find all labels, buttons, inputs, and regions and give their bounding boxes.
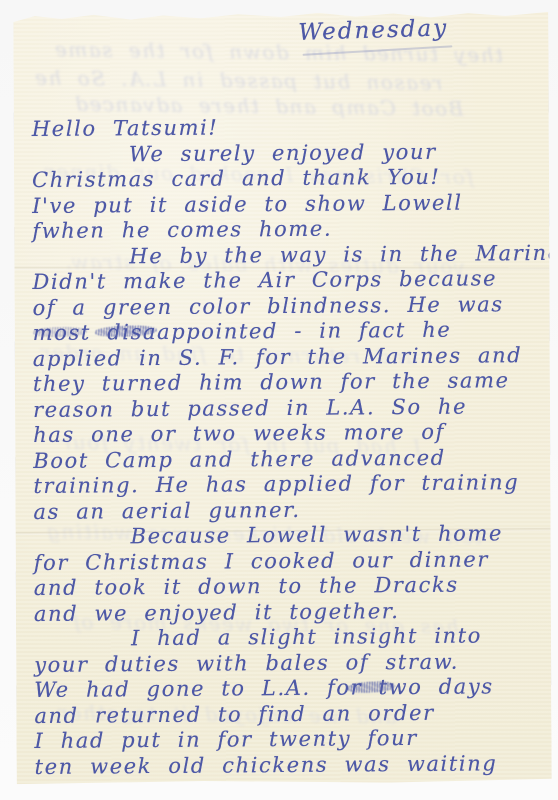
- letter-scan: they turned him down for the same reason…: [0, 0, 558, 800]
- letter-line: most disaappointed - in fact he: [33, 317, 545, 347]
- letter-line: ten week old chickens was waiting: [35, 750, 547, 780]
- letter-line: I had put in for twenty four: [34, 725, 546, 755]
- letter-line: reason but passed in L.A. So he: [33, 393, 545, 423]
- bleed-through-line: reason but passed in L.A. So he: [33, 66, 442, 95]
- letter-line: and we enjoyed it together.: [34, 597, 546, 627]
- letter-line: for Christmas I cooked our dinner: [34, 546, 546, 576]
- pen-flourish: [303, 45, 453, 56]
- letter-line: training. He has applied for training: [33, 470, 545, 500]
- letter-line: We surely enjoyed your: [32, 138, 544, 168]
- letter-line: Christmas card and thank You!: [32, 164, 544, 194]
- letter-date: Wednesday: [298, 15, 448, 46]
- letter-line: your duties with bales of straw.: [34, 648, 546, 678]
- letter-line: as an aerial gunner.: [33, 495, 545, 525]
- letter-line: He by the way is in the Marines.: [32, 240, 544, 270]
- letter-line: Boot Camp and there advanced: [33, 444, 545, 474]
- letter-paper: they turned him down for the same reason…: [13, 11, 551, 784]
- letter-line: and returned to find an order: [34, 699, 546, 729]
- letter-body: Hello Tatsumi! We surely enjoyed your Ch…: [32, 114, 547, 779]
- letter-line: and took it down to the Dracks: [34, 572, 546, 602]
- letter-line: I had a slight insight into: [34, 623, 546, 653]
- letter-line: We had gone to L.A. for two days: [34, 674, 546, 704]
- letter-line: Didn't make the Air Corps because: [32, 266, 544, 296]
- letter-line: of a green color blindness. He was: [33, 291, 545, 321]
- letter-line: fwhen he comes home.: [32, 215, 544, 245]
- letter-line: has one or two weeks more of: [33, 419, 545, 449]
- letter-line: applied in S. F. for the Marines and: [33, 342, 545, 372]
- letter-line: Because Lowell wasn't home: [34, 521, 546, 551]
- letter-line-greeting: Hello Tatsumi!: [32, 113, 544, 143]
- letter-line: they turned him down for the same: [33, 368, 545, 398]
- letter-line: I've put it aside to show Lowell: [32, 189, 544, 219]
